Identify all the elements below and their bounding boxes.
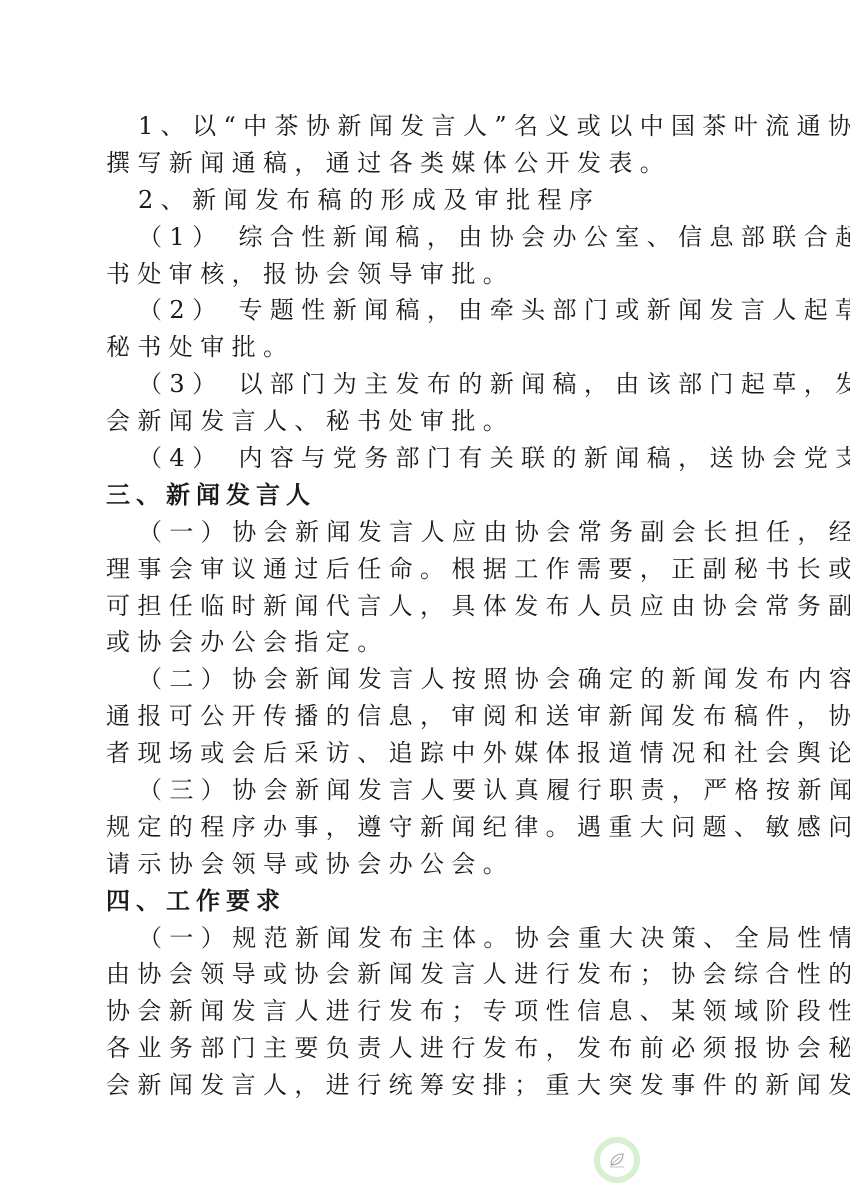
section-heading-work-requirements: 四、工作要求 [106, 883, 748, 920]
paragraph-line: 请示协会领导或协会办公会。 [106, 846, 748, 883]
paragraph-line: 由协会领导或协会新闻发言人进行发布；协会综合性的信息，由 [106, 956, 748, 993]
paragraph-line: 通报可公开传播的信息，审阅和送审新闻发布稿件，协调安排记 [106, 698, 748, 735]
document-body: 1、以“中茶协新闻发言人”名义或以中国茶叶流通协会名义 撰写新闻通稿，通过各类媒… [106, 108, 748, 1104]
paragraph-line: 者现场或会后采访、追踪中外媒体报道情况和社会舆论的反应。 [106, 735, 748, 772]
paragraph-line: 可担任临时新闻代言人，具体发布人员应由协会常务副会长委托 [106, 588, 748, 625]
paragraph-line: 书处审核，报协会领导审批。 [106, 256, 748, 293]
paragraph-line: 或协会办公会指定。 [106, 624, 748, 661]
paragraph-line: （二）协会新闻发言人按照协会确定的新闻发布内容，向媒体 [106, 661, 748, 698]
paragraph-line: 1、以“中茶协新闻发言人”名义或以中国茶叶流通协会名义 [106, 108, 748, 145]
paragraph-line: （3） 以部门为主发布的新闻稿，由该部门起草，发布前报协 [106, 366, 748, 403]
paragraph-line: 协会新闻发言人进行发布；专项性信息、某领域阶段性的情况由 [106, 993, 748, 1030]
watermark-logo [594, 1137, 640, 1183]
paragraph-line: 撰写新闻通稿，通过各类媒体公开发表。 [106, 145, 748, 182]
paragraph-line: （4） 内容与党务部门有关联的新闻稿，送协会党支部会审。 [106, 440, 748, 477]
paragraph-line: （1） 综合性新闻稿，由协会办公室、信息部联合起草，经秘 [106, 219, 748, 256]
paragraph-line: 各业务部门主要负责人进行发布，发布前必须报协会秘书处或协 [106, 1030, 748, 1067]
paragraph-line: 2、新闻发布稿的形成及审批程序 [106, 182, 748, 219]
paragraph-line: （一）规范新闻发布主体。协会重大决策、全局性情况介绍等 [106, 920, 748, 957]
paragraph-line: 秘书处审批。 [106, 329, 748, 366]
paragraph-line: 会新闻发言人，进行统筹安排；重大突发事件的新闻发布由协会 [106, 1067, 748, 1104]
paragraph-line: 理事会审议通过后任命。根据工作需要，正副秘书长或部门主任 [106, 551, 748, 588]
paragraph-line: （一）协会新闻发言人应由协会常务副会长担任，经协会常务 [106, 514, 748, 551]
section-heading-spokesperson: 三、新闻发言人 [106, 477, 748, 514]
paragraph-line: 会新闻发言人、秘书处审批。 [106, 403, 748, 440]
leaf-icon [607, 1150, 627, 1170]
paragraph-line: 规定的程序办事，遵守新闻纪律。遇重大问题、敏感问题要及时 [106, 809, 748, 846]
paragraph-line: （2） 专题性新闻稿，由牵头部门或新闻发言人起草，报协会 [106, 292, 748, 329]
paragraph-line: （三）协会新闻发言人要认真履行职责，严格按新闻发布制度 [106, 772, 748, 809]
